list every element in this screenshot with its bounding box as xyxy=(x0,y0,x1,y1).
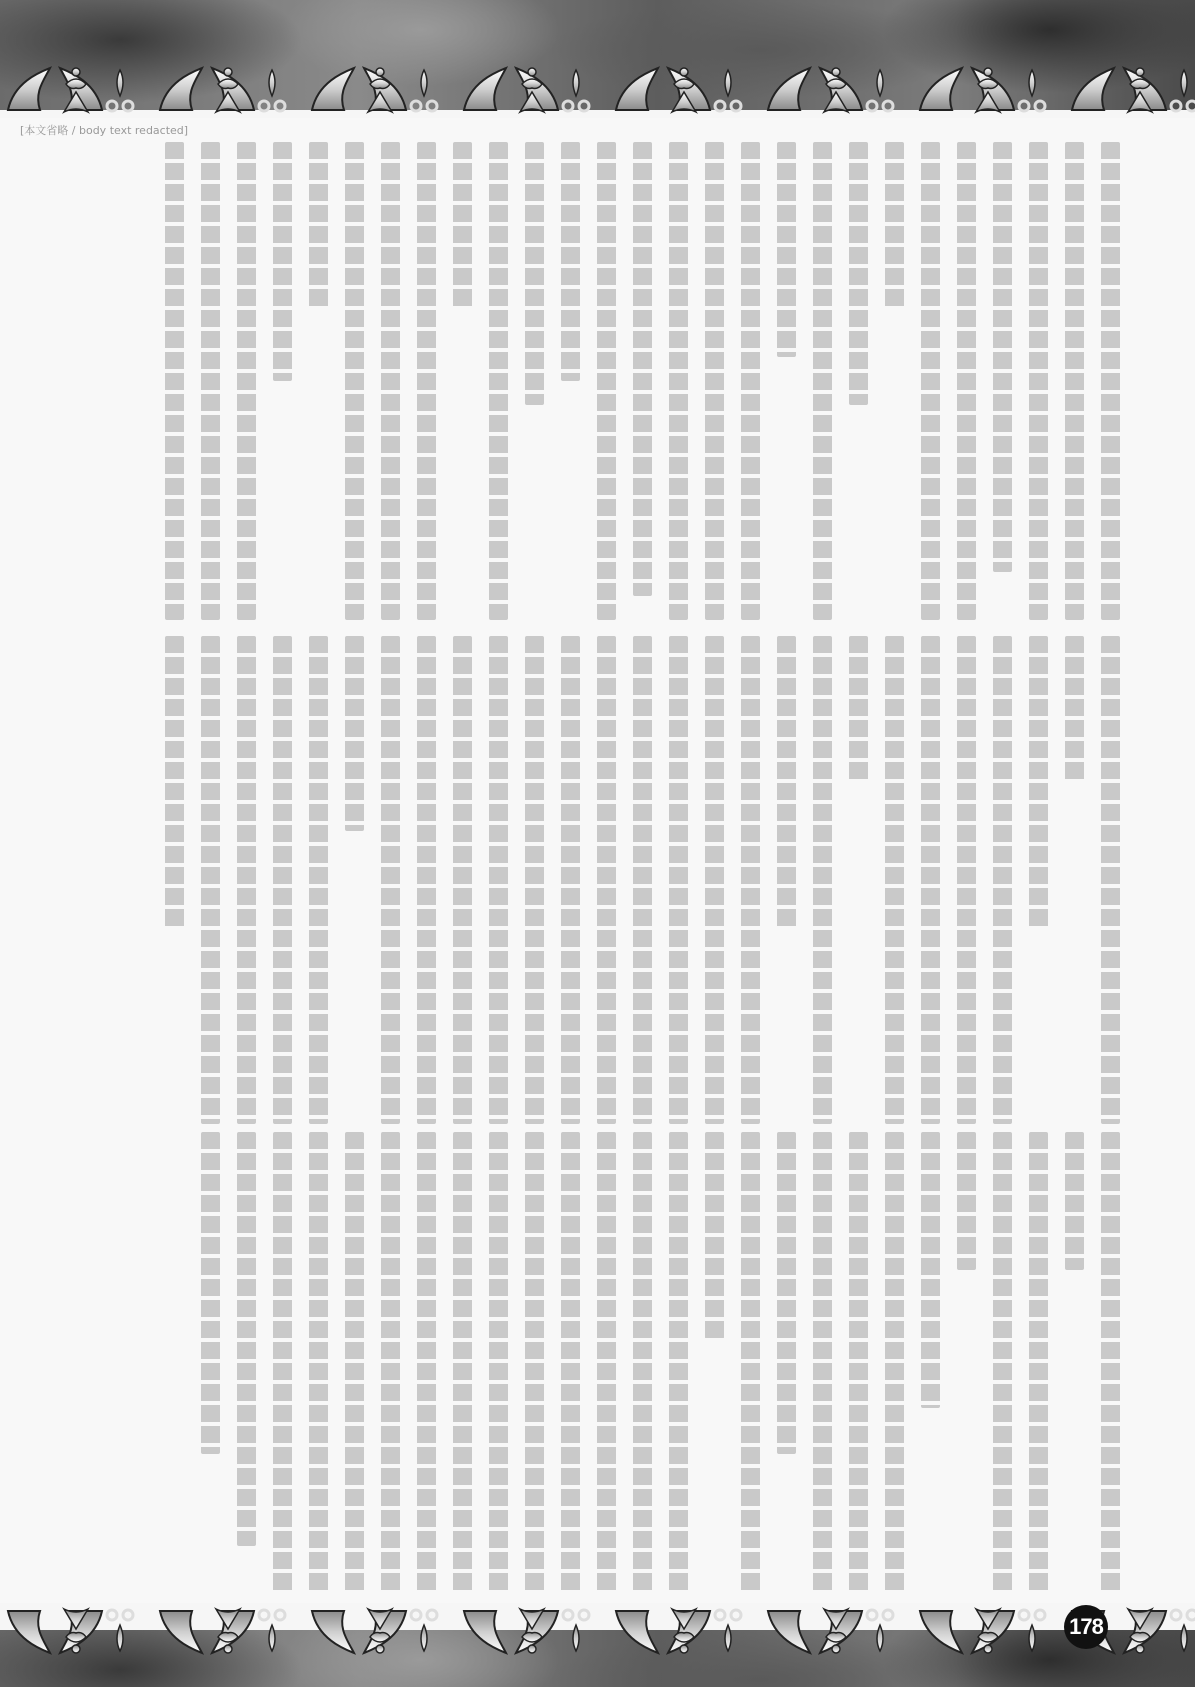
text-column-redacted xyxy=(525,636,544,1124)
text-column-redacted xyxy=(489,142,508,620)
text-column-redacted xyxy=(525,1132,544,1592)
text-column-redacted xyxy=(273,1132,292,1592)
text-column-redacted xyxy=(1029,1132,1048,1592)
text-column-redacted xyxy=(813,1132,832,1592)
text-column-redacted xyxy=(345,1132,364,1592)
text-column-redacted xyxy=(201,142,220,620)
text-column-redacted xyxy=(597,1132,616,1592)
text-column-redacted xyxy=(705,142,724,620)
text-column-redacted xyxy=(453,636,472,1124)
text-column-redacted xyxy=(1101,636,1120,1124)
text-column-redacted xyxy=(741,1132,760,1592)
text-column-redacted xyxy=(885,636,904,1124)
text-column-redacted xyxy=(309,142,328,309)
text-column-redacted xyxy=(597,142,616,620)
text-column-redacted xyxy=(885,142,904,309)
text-column-redacted xyxy=(849,1132,868,1592)
text-column-redacted xyxy=(165,142,184,620)
text-column-redacted xyxy=(345,142,364,620)
text-column-redacted xyxy=(489,636,508,1124)
text-column-redacted xyxy=(417,142,436,620)
text-column-redacted xyxy=(957,636,976,1124)
text-column-redacted xyxy=(849,142,868,405)
text-column-redacted xyxy=(813,636,832,1124)
text-column-redacted xyxy=(777,636,796,929)
text-column-redacted xyxy=(885,1132,904,1592)
text-column-redacted xyxy=(1065,636,1084,782)
text-column-redacted xyxy=(345,636,364,831)
text-column-redacted xyxy=(381,142,400,620)
text-column-redacted xyxy=(1101,1132,1120,1592)
text-column-redacted xyxy=(957,142,976,620)
text-column-redacted xyxy=(453,1132,472,1592)
lower-block xyxy=(185,1132,1120,1592)
text-column-redacted xyxy=(273,636,292,1124)
text-column-redacted xyxy=(597,636,616,1124)
text-column-redacted xyxy=(993,636,1012,1124)
text-column-redacted xyxy=(669,1132,688,1592)
middle-block xyxy=(150,636,1120,1124)
redaction-note: [本文省略 / body text redacted] xyxy=(20,122,188,138)
text-column-redacted xyxy=(1065,1132,1084,1270)
text-column-redacted xyxy=(705,636,724,1124)
text-column-redacted xyxy=(777,1132,796,1454)
text-column-redacted xyxy=(633,1132,652,1592)
text-column-redacted xyxy=(1029,636,1048,929)
text-column-redacted xyxy=(813,142,832,620)
text-column-redacted xyxy=(453,142,472,309)
text-column-redacted xyxy=(921,142,940,620)
text-column-redacted xyxy=(237,142,256,620)
text-column-redacted xyxy=(561,1132,580,1592)
text-column-redacted xyxy=(669,142,688,620)
text-column-redacted xyxy=(741,636,760,1124)
text-column-redacted xyxy=(921,636,940,1124)
text-column-redacted xyxy=(201,636,220,1124)
text-column-redacted xyxy=(1065,142,1084,620)
text-column-redacted xyxy=(1029,142,1048,620)
text-column-redacted xyxy=(201,1132,220,1454)
text-column-redacted xyxy=(741,142,760,620)
text-column-redacted xyxy=(705,1132,724,1339)
text-column-redacted xyxy=(417,636,436,1124)
text-column-redacted xyxy=(669,636,688,1124)
text-column-redacted xyxy=(561,636,580,1124)
text-column-redacted xyxy=(273,142,292,381)
page-number: 178 xyxy=(1064,1605,1108,1649)
text-column-redacted xyxy=(561,142,580,381)
text-column-redacted xyxy=(1101,142,1120,620)
text-column-redacted xyxy=(309,636,328,1124)
ornamental-border-top xyxy=(0,62,1195,118)
text-column-redacted xyxy=(417,1132,436,1592)
text-column-redacted xyxy=(309,1132,328,1592)
text-column-redacted xyxy=(921,1132,940,1408)
text-column-redacted xyxy=(777,142,796,357)
text-column-redacted xyxy=(849,636,868,782)
ornamental-border-bottom xyxy=(0,1603,1195,1659)
text-column-redacted xyxy=(633,142,652,596)
text-column-redacted xyxy=(993,142,1012,572)
text-column-redacted xyxy=(957,1132,976,1270)
text-column-redacted xyxy=(633,636,652,1124)
text-column-redacted xyxy=(381,636,400,1124)
text-column-redacted xyxy=(165,636,184,929)
text-column-redacted xyxy=(381,1132,400,1592)
text-column-redacted xyxy=(237,636,256,1124)
text-column-redacted xyxy=(525,142,544,405)
text-column-redacted xyxy=(237,1132,256,1546)
upper-block xyxy=(140,142,1120,620)
text-column-redacted xyxy=(489,1132,508,1592)
text-column-redacted xyxy=(993,1132,1012,1592)
